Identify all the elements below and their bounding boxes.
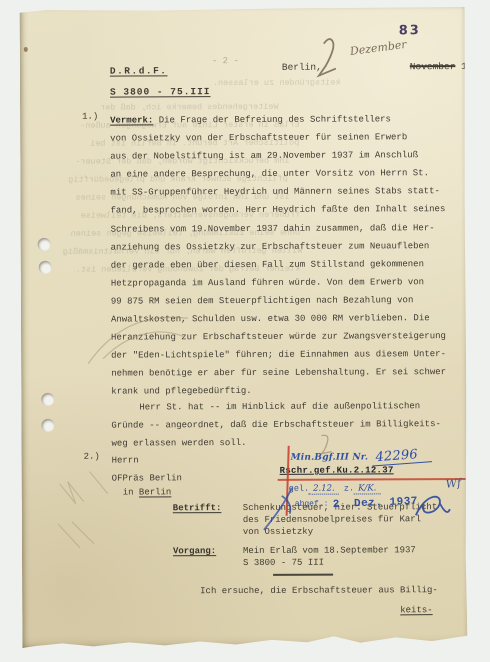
vermerk-label: Vermerk: <box>110 115 153 125</box>
betrifft-label: Betrifft: <box>173 503 222 513</box>
folio-number-stamp: 83 <box>399 23 421 38</box>
item-1-number: 1.) <box>82 112 98 122</box>
memo-line: anziehung des Ossietzky zur Erbschaftste… <box>111 237 446 257</box>
abgef-date-stamp: abgef.: 2. Dez. 1937 <box>295 497 419 510</box>
memo-line: Vermerk: Die Frage der Befreiung des Sch… <box>110 110 445 130</box>
bleedthrough-text: keitsgründen zu erlassen. Weitergehendes… <box>20 7 465 9</box>
memo-line: Schreibens vom 19.November 1937 dahin zu… <box>111 219 446 239</box>
registry-number-handwritten: 42296 <box>371 446 432 466</box>
vorgang-label: Vorgang: <box>173 546 216 556</box>
handwritten-month: Dezember <box>349 38 407 58</box>
pencil-scribble <box>83 308 193 368</box>
ghost-line: keitsgründen zu erlassen. <box>213 78 341 89</box>
fair-copy-note: Rschr.gef.Ku.2.12.37 <box>280 465 394 475</box>
punch-hole <box>41 393 54 406</box>
red-check-mark-horizontal <box>278 478 466 481</box>
memo-line: Herr St. hat -- im Hinblick auf die auße… <box>111 397 441 417</box>
memo-line-text: Die Frage der Befreiung des Schriftstell… <box>153 114 391 125</box>
z-value-handwritten: K/K. <box>354 483 380 494</box>
file-reference: S 3800 - 75.III <box>110 86 211 97</box>
closing-sentence: Ich ersuche, die Erbschaftsteuer aus Bil… <box>200 585 438 596</box>
pencil-scribble <box>50 463 130 553</box>
gel-dispatch-line: gel.2.12. z.K/K. <box>289 483 381 494</box>
sender-abbreviation: D.R.d.F. <box>110 65 168 76</box>
punch-hole <box>39 261 52 274</box>
memo-line: der gerade eben über diesen Fall zum Sti… <box>111 255 446 275</box>
punch-hole <box>38 238 51 251</box>
memo-line: Hetzpropaganda im Ausland führen würde. … <box>111 273 446 293</box>
scanned-document-photo: keitsgründen zu erlassen. Weitergehendes… <box>0 0 490 662</box>
addressee-city: Berlin <box>139 487 171 497</box>
paper-sheet: keitsgründen zu erlassen. Weitergehendes… <box>20 7 468 648</box>
memo-paragraph-2: Herr St. hat -- im Hinblick auf die auße… <box>111 397 441 453</box>
registry-stamp: Min.Bgf.III Nr. 42296 <box>291 448 432 465</box>
memo-line: von Ossietzky von der Erbschaftsteuer fü… <box>110 128 445 148</box>
handwritten-stroke <box>262 486 296 534</box>
memo-line: fand, besprochen worden. Herr Heydrich f… <box>110 201 445 221</box>
pencil-mark <box>317 432 335 458</box>
vorgang-line: S 3800 - 75 III <box>243 557 416 570</box>
memo-line: aus der Nobelstiftung ist am 29.November… <box>110 146 445 166</box>
paper-speck <box>24 47 28 52</box>
crossed-out-month: November <box>410 61 456 72</box>
z-stamp: z. <box>344 484 354 494</box>
memo-line: an eine andere Besprechung, die unter Vo… <box>110 164 445 184</box>
item-2-number: 2.) <box>84 452 100 462</box>
catchword: keits- <box>400 605 432 615</box>
addressee-city-line: in Berlin <box>123 487 172 497</box>
vorgang-text: Mein Erlaß vom 18.September 1937 S 3800 … <box>243 545 416 569</box>
dateline-year: 1937 <box>461 61 484 72</box>
punch-hole <box>41 419 54 432</box>
page-number-marker: - 2 - <box>212 56 239 66</box>
dateline: Berlin,November 1937 <box>282 61 484 73</box>
abgef-date: 2. Dez. 1937 <box>333 496 419 511</box>
vorgang-line: Mein Erlaß vom 18.September 1937 <box>243 545 416 558</box>
separator-rule <box>273 574 333 576</box>
memo-line: Gründe -- angeordnet, daß die Erbschafts… <box>111 415 441 435</box>
gel-date-handwritten: 2.12. <box>309 484 339 495</box>
abgef-label: abgef.: <box>295 500 329 509</box>
signature-flourish <box>410 489 452 523</box>
handwritten-day-numeral <box>316 36 342 78</box>
memo-line: mit SS-Gruppenführer Heydrich und Männer… <box>110 182 445 202</box>
